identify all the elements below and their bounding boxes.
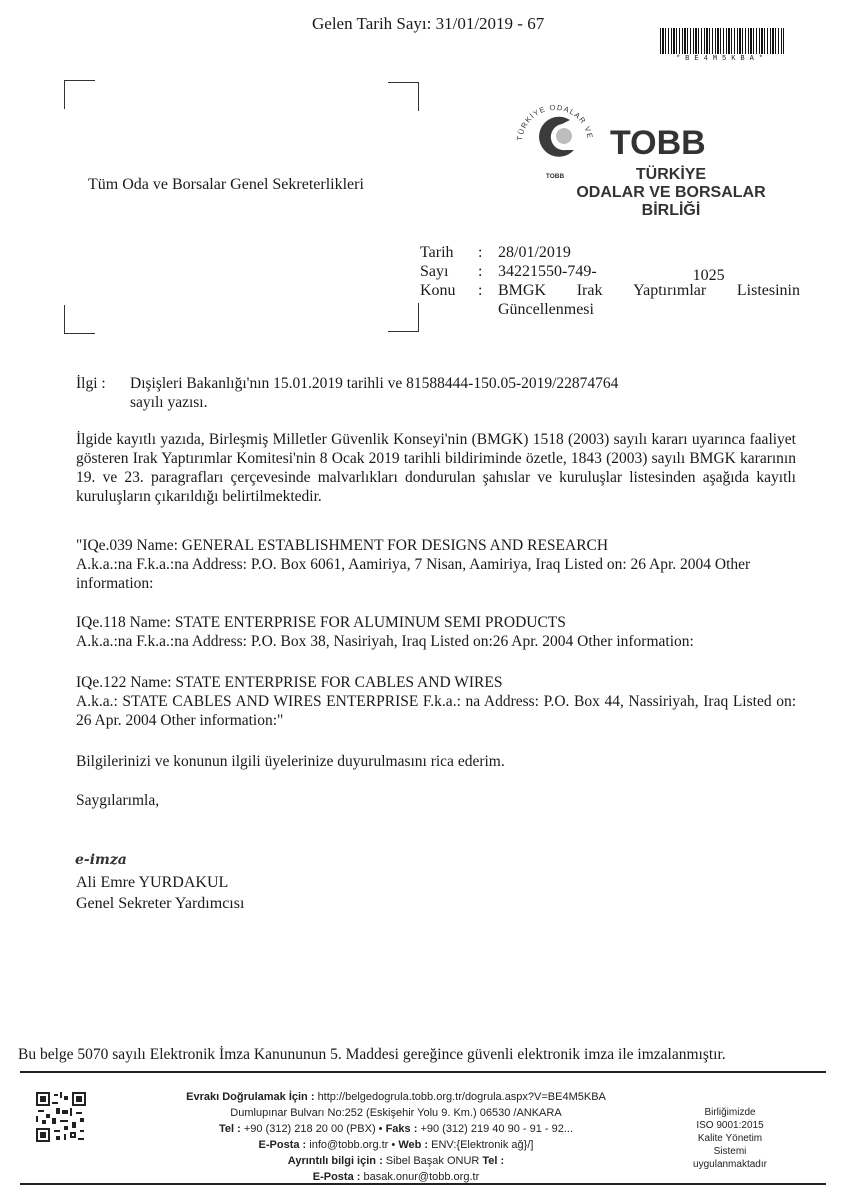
entry-details: A.k.a.: STATE CABLES AND WIRES ENTERPRIS…: [76, 692, 796, 730]
web-label: Web :: [398, 1139, 428, 1151]
tel-label: Tel :: [219, 1123, 241, 1135]
divider: [20, 1183, 826, 1185]
address-window-corner: [388, 303, 419, 332]
reference-text: Dışişleri Bakanlığı'nın 15.01.2019 tarih…: [130, 374, 796, 412]
address-window-corner: [64, 80, 95, 109]
info-contact: Sibel Başak ONUR: [386, 1155, 480, 1167]
iso-line: uygulanmaktadır: [690, 1158, 770, 1171]
entry-details: A.k.a.:na F.k.a.:na Address: P.O. Box 38…: [76, 632, 796, 651]
colon: :: [478, 281, 498, 319]
entry-name: IQe.118 Name: STATE ENTERPRISE FOR ALUMI…: [76, 613, 796, 632]
subject-word: Listesinin: [737, 281, 800, 300]
reference-label: İlgi :: [76, 374, 130, 412]
barcode-text: *BE4M5KBA*: [660, 55, 784, 63]
org-name-line: BİRLİĞİ: [566, 202, 776, 220]
iso-line: Kalite Yönetim: [690, 1132, 770, 1145]
sanction-entry: IQe.118 Name: STATE ENTERPRISE FOR ALUMI…: [76, 613, 796, 651]
address-window-corner: [64, 305, 95, 334]
iso-line: Birliğimizde: [690, 1106, 770, 1119]
number-suffix: 1025: [693, 267, 725, 284]
document-meta: Tarih : 28/01/2019 Sayı : 34221550-749- …: [420, 243, 800, 319]
entry-details: A.k.a.:na F.k.a.:na Address: P.O. Box 60…: [76, 555, 796, 593]
subject-line1: BMGK Irak Yaptırımlar Listesinin: [498, 281, 800, 300]
signer-title: Genel Sekreter Yardımcısı: [76, 893, 244, 914]
date-label: Tarih: [420, 243, 478, 262]
subject-word: BMGK: [498, 281, 546, 300]
divider: [20, 1071, 826, 1073]
org-name-line: ODALAR VE BORSALAR: [566, 184, 776, 202]
email-link[interactable]: info@tobb.org.tr: [309, 1139, 388, 1151]
entry-name: "IQe.039 Name: GENERAL ESTABLISHMENT FOR…: [76, 536, 796, 555]
fax-value: +90 (312) 219 40 90 - 91 - 92...: [420, 1123, 573, 1135]
subject-line2: Güncellenmesi: [498, 300, 800, 319]
regards: Saygılarımla,: [76, 791, 796, 810]
meta-subject-row: Konu : BMGK Irak Yaptırımlar Listesinin …: [420, 281, 800, 319]
verify-line: Evrakı Doğrulamak İçin : http://belgedog…: [176, 1089, 616, 1105]
barcode-icon: [660, 28, 784, 54]
recipient: Tüm Oda ve Borsalar Genel Sekreterlikler…: [88, 176, 364, 194]
iso-line: ISO 9001:2015: [690, 1119, 770, 1132]
reference-block: İlgi : Dışişleri Bakanlığı'nın 15.01.201…: [76, 374, 796, 412]
document-barcode: *BE4M5KBA*: [660, 28, 784, 62]
meta-date-row: Tarih : 28/01/2019: [420, 243, 800, 262]
sanction-entry: "IQe.039 Name: GENERAL ESTABLISHMENT FOR…: [76, 536, 796, 593]
meta-number-row: Sayı : 34221550-749- 1025: [420, 262, 800, 281]
svg-text:TÜRKİYE ODALAR VE BORSALAR BİR: TÜRKİYE ODALAR VE BORSALAR BİRLİĞİ: [510, 88, 595, 143]
number-label: Sayı: [420, 262, 478, 281]
verify-label: Evrakı Doğrulamak İçin :: [186, 1091, 314, 1103]
address: Dumlupınar Bulvarı No:252 (Eskişehir Yol…: [176, 1105, 616, 1121]
phone-line: Tel : +90 (312) 218 20 00 (PBX) • Faks :…: [176, 1121, 616, 1137]
subject-word: Irak: [577, 281, 603, 300]
sanction-entry: IQe.122 Name: STATE ENTERPRISE FOR CABLE…: [76, 673, 796, 730]
subject-label: Konu: [420, 281, 478, 319]
signer-name: Ali Emre YURDAKUL: [76, 872, 244, 893]
signer-block: Ali Emre YURDAKUL Genel Sekreter Yardımc…: [76, 872, 244, 914]
fax-label: Faks :: [386, 1123, 418, 1135]
main-paragraph: İlgide kayıtlı yazıda, Birleşmiş Milletl…: [76, 430, 796, 506]
web-value: ENV:{Elektronik ağ}/]: [431, 1139, 533, 1151]
email-web-line: E-Posta : info@tobb.org.tr • Web : ENV:{…: [176, 1137, 616, 1153]
iso-notice: Birliğimizde ISO 9001:2015 Kalite Yöneti…: [690, 1106, 770, 1171]
colon: :: [478, 243, 498, 262]
contact-email-link[interactable]: basak.onur@tobb.org.tr: [364, 1171, 480, 1183]
iso-line: Sistemi: [690, 1145, 770, 1158]
contact-email-label: E-Posta :: [313, 1171, 361, 1183]
contact-info: Evrakı Doğrulamak İçin : http://belgedog…: [176, 1089, 616, 1185]
org-acronym: TOBB: [610, 124, 706, 163]
tel-value: +90 (312) 218 20 00 (PBX): [244, 1123, 376, 1135]
e-signature-mark: e-imza: [75, 852, 127, 868]
entry-name: IQe.122 Name: STATE ENTERPRISE FOR CABLE…: [76, 673, 796, 692]
date-value: 28/01/2019: [498, 243, 800, 262]
number-value: 34221550-749- 1025: [498, 262, 800, 281]
info-label: Ayrıntılı bilgi için :: [288, 1155, 383, 1167]
number-prefix: 34221550-749-: [498, 263, 597, 280]
qr-code-icon: [36, 1092, 86, 1142]
info-line: Ayrıntılı bilgi için : Sibel Başak ONUR …: [176, 1153, 616, 1169]
info-tel-label: Tel :: [482, 1155, 504, 1167]
subject-value: BMGK Irak Yaptırımlar Listesinin Güncell…: [498, 281, 800, 319]
email-label: E-Posta :: [259, 1139, 307, 1151]
incoming-date-stamp: Gelen Tarih Sayı: 31/01/2019 - 67: [312, 14, 544, 34]
verify-link[interactable]: http://belgedogrula.tobb.org.tr/dogrula.…: [318, 1091, 606, 1103]
legal-notice: Bu belge 5070 sayılı Elektronik İmza Kan…: [18, 1046, 828, 1064]
svg-text:TOBB: TOBB: [546, 173, 565, 180]
colon: :: [478, 262, 498, 281]
org-name-line: TÜRKİYE: [566, 166, 776, 184]
address-window-corner: [388, 82, 419, 111]
org-full-name: TÜRKİYE ODALAR VE BORSALAR BİRLİĞİ: [566, 166, 776, 220]
closing-sentence: Bilgilerinizi ve konunun ilgili üyelerin…: [76, 752, 796, 771]
